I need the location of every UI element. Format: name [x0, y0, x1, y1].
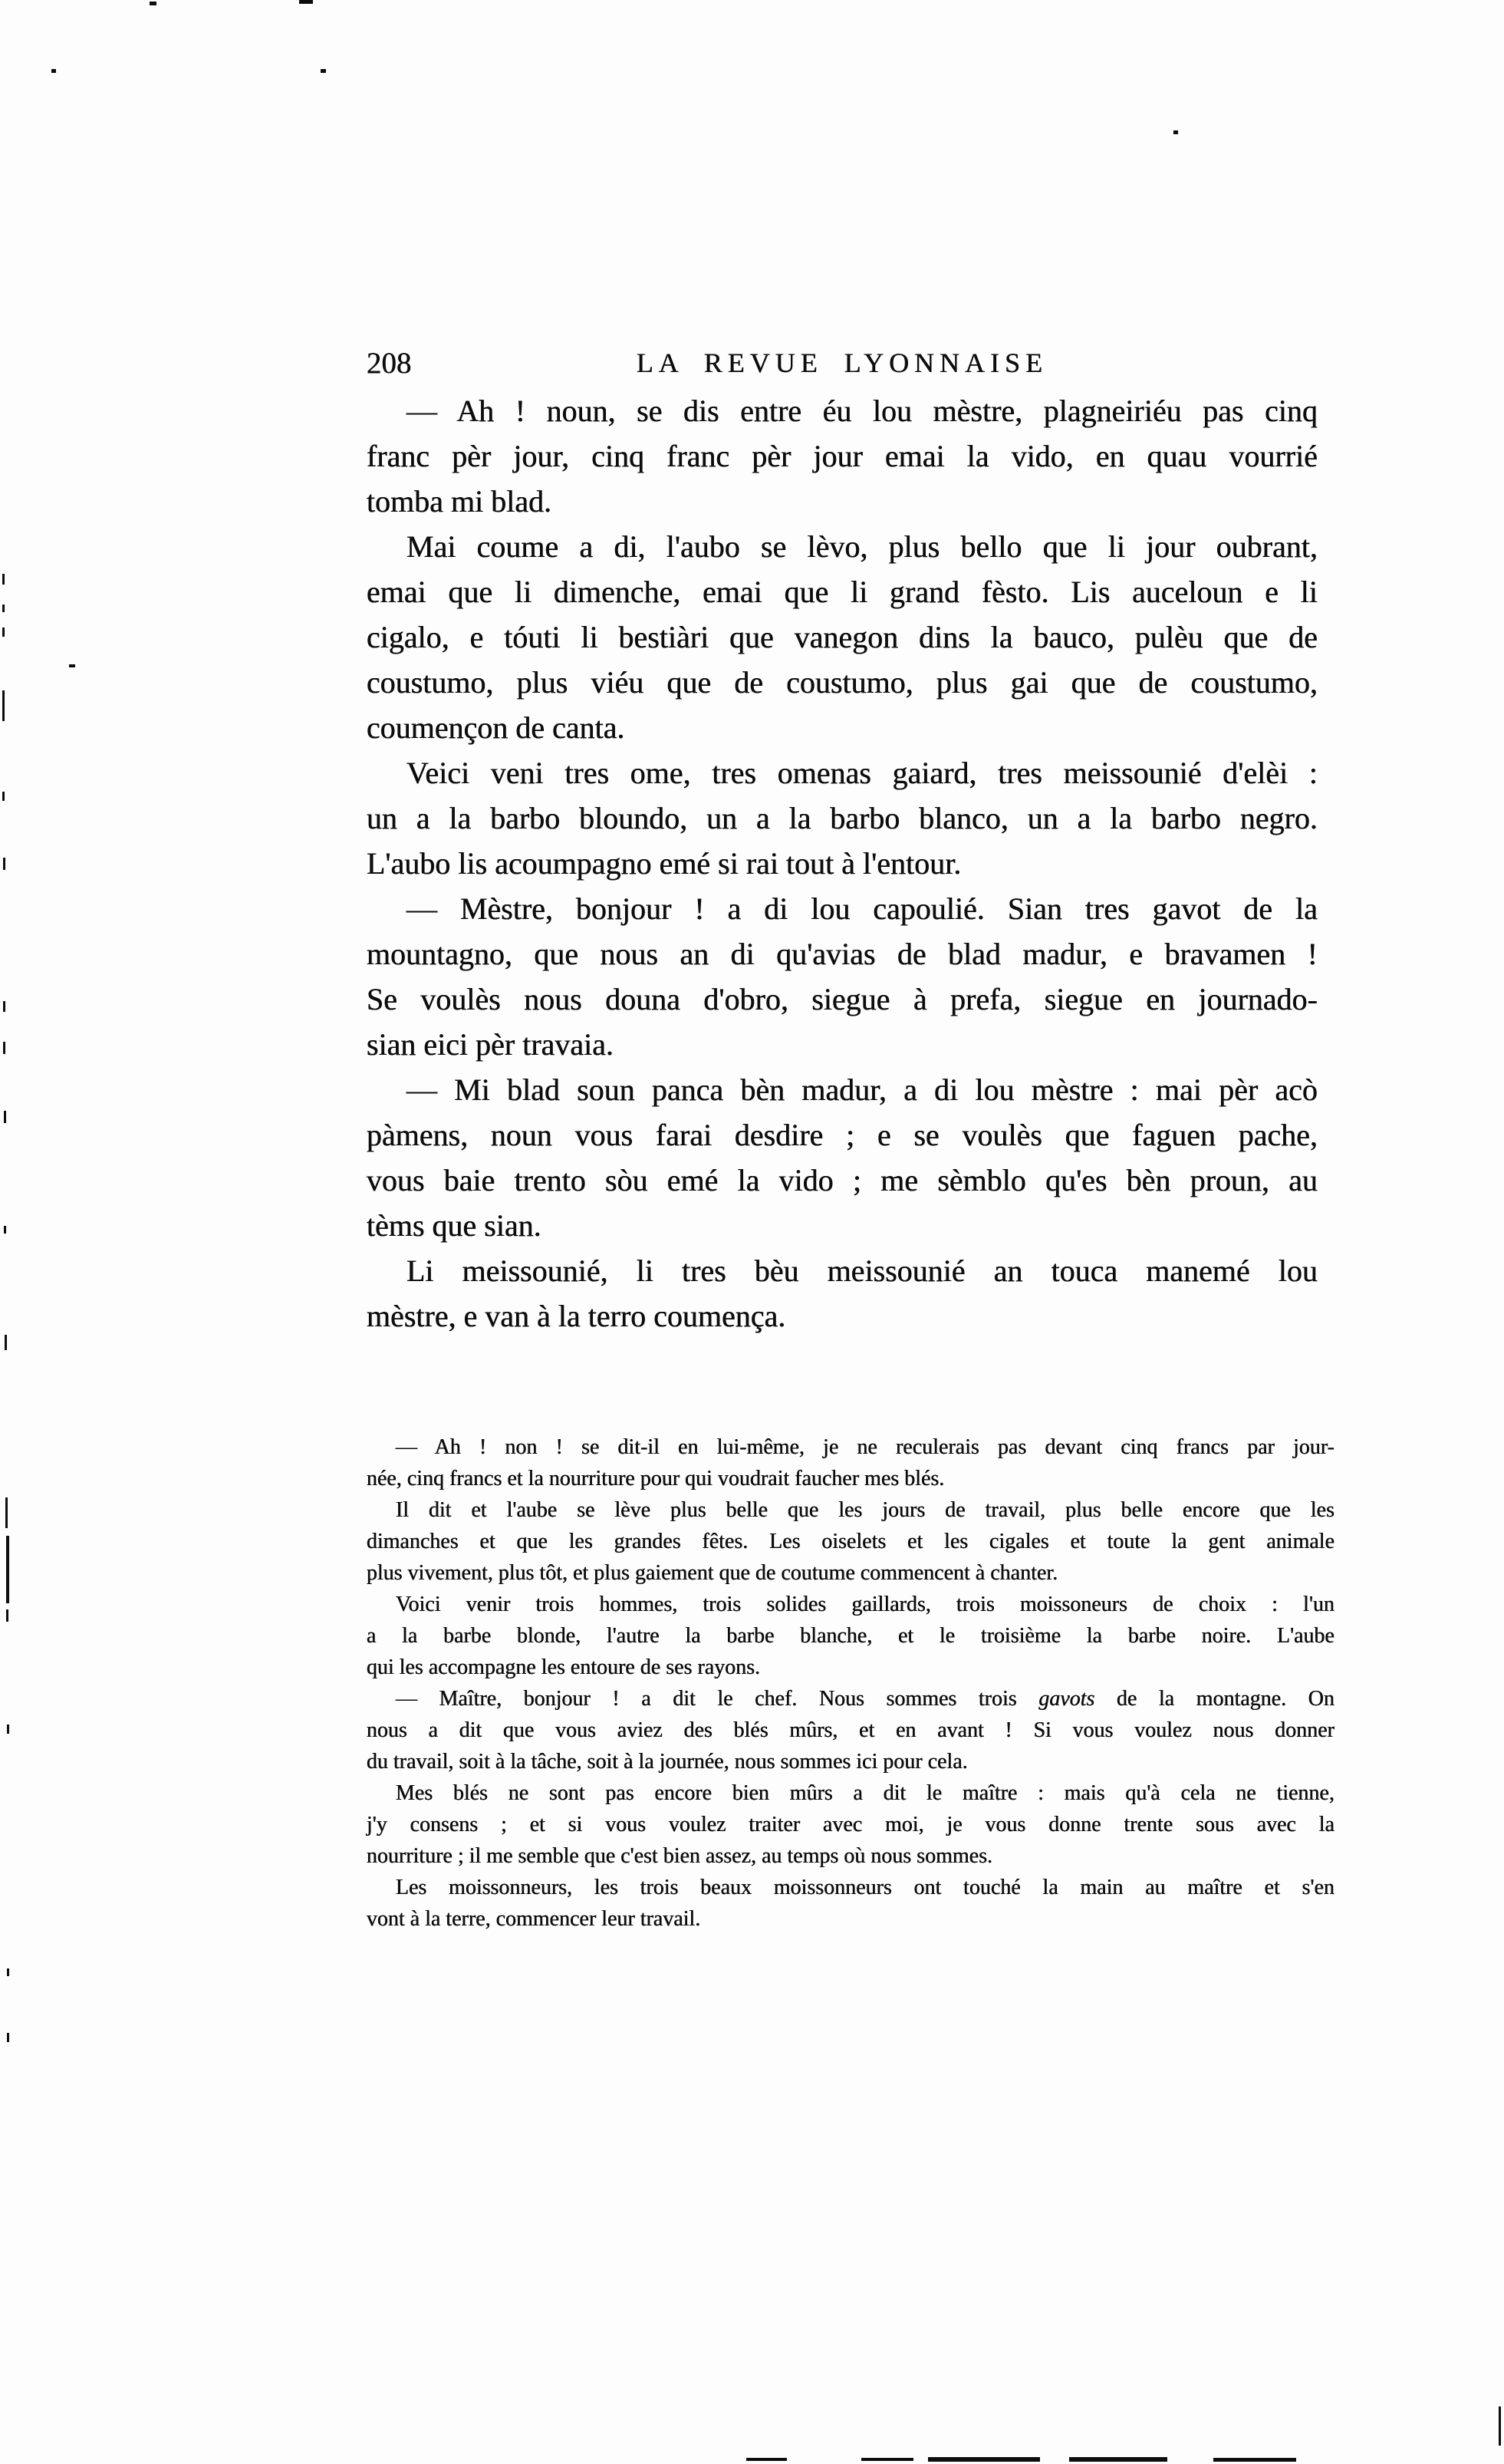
paragraph: — Maître, bonjour ! a dit le chef. Nous …: [367, 1683, 1335, 1777]
scan-artifact: [2, 574, 5, 585]
scan-artifact: [2, 792, 5, 801]
scan-artifact: [861, 2458, 913, 2461]
scan-artifact: [69, 664, 75, 667]
paragraph: Les moissonneurs, les trois beaux moisso…: [367, 1872, 1335, 1935]
scan-artifact: [7, 2033, 9, 2042]
paragraph: Voici venir trois hommes, trois solides …: [367, 1589, 1335, 1683]
text-line: Mes blés ne sont pas encore bien mûrs a …: [367, 1777, 1335, 1809]
scan-artifact: [1499, 2406, 1501, 2446]
scan-artifact: [7, 1968, 9, 1976]
scan-artifact: [6, 1609, 8, 1622]
text-line: Les moissonneurs, les trois beaux moisso…: [367, 1872, 1335, 1903]
scan-artifact: [5, 1335, 7, 1350]
scan-artifact: [1069, 2457, 1167, 2462]
text-line: — Ah ! noun, se dis entre éu lou mèstre,…: [367, 388, 1318, 433]
text-line: Il dit et l'aube se lève plus belle que …: [367, 1494, 1335, 1526]
text-line: Li meissounié, li tres bèu meissounié an…: [367, 1248, 1318, 1293]
text-line: nourriture ; il me semble que c'est bien…: [367, 1840, 1335, 1872]
paragraph: — Ah ! non ! se dit-il en lui-même, je n…: [367, 1431, 1335, 1494]
scan-artifact: [3, 1001, 5, 1012]
scan-artifact: [299, 0, 313, 4]
book-page: 208 LA REVUE LYONNAISE — Ah ! noun, se d…: [0, 0, 1504, 2464]
text-line: tèms que sian.: [367, 1203, 1318, 1248]
footnote-block: — Ah ! non ! se dit-il en lui-même, je n…: [367, 1431, 1335, 1935]
text-line: Veici veni tres ome, tres omenas gaiard,…: [367, 750, 1318, 796]
scan-artifact: [1213, 2458, 1296, 2462]
scan-artifact: [7, 1724, 9, 1734]
scan-artifact: [5, 1497, 8, 1528]
paragraph: Veici veni tres ome, tres omenas gaiard,…: [367, 750, 1318, 886]
text-line: a la barbe blonde, l'autre la barbe blan…: [367, 1620, 1335, 1652]
journal-title: LA REVUE LYONNAISE: [367, 344, 1318, 381]
text-line: dimanches et que les grandes fêtes. Les …: [367, 1526, 1335, 1557]
text-line: sian eici pèr travaia.: [367, 1022, 1318, 1067]
scan-artifact: [2, 604, 5, 612]
scan-artifact: [4, 1111, 6, 1123]
paragraph: — Mèstre, bonjour ! a di lou capoulié. S…: [367, 886, 1318, 1067]
text-line: emai que li dimenche, emai que li grand …: [367, 569, 1318, 614]
scan-artifact: [746, 2458, 787, 2461]
paragraph: Mes blés ne sont pas encore bien mûrs a …: [367, 1777, 1335, 1872]
scan-artifact: [2, 628, 5, 637]
text-line: plus vivement, plus tôt, et plus gaiemen…: [367, 1557, 1335, 1589]
paragraph: — Mi blad soun panca bèn madur, a di lou…: [367, 1067, 1318, 1248]
scan-artifact: [150, 2, 156, 5]
paragraph: Il dit et l'aube se lève plus belle que …: [367, 1494, 1335, 1589]
text-line: mèstre, e van à la terro coumença.: [367, 1293, 1318, 1339]
paragraph: — Ah ! noun, se dis entre éu lou mèstre,…: [367, 388, 1318, 524]
text-line: — Maître, bonjour ! a dit le chef. Nous …: [367, 1683, 1335, 1715]
text-line: nous a dit que vous aviez des blés mûrs,…: [367, 1715, 1335, 1746]
scan-artifact: [928, 2457, 1040, 2462]
text-line: un a la barbo bloundo, un a la barbo bla…: [367, 796, 1318, 841]
text-line: tomba mi blad.: [367, 479, 1318, 524]
paragraph: Mai coume a di, l'aubo se lèvo, plus bel…: [367, 524, 1318, 750]
text-line: — Mi blad soun panca bèn madur, a di lou…: [367, 1067, 1318, 1112]
text-line: pàmens, noun vous farai desdire ; e se v…: [367, 1112, 1318, 1158]
text-line: du travail, soit à la tâche, soit à la j…: [367, 1746, 1335, 1777]
scan-artifact: [4, 1226, 6, 1234]
paragraph: Li meissounié, li tres bèu meissounié an…: [367, 1248, 1318, 1339]
scan-artifact: [51, 69, 56, 73]
text-line: coustumo, plus viéu que de coustumo, plu…: [367, 660, 1318, 705]
text-line: coumençon de canta.: [367, 705, 1318, 750]
scan-artifact: [3, 858, 5, 870]
text-line: Mai coume a di, l'aubo se lèvo, plus bel…: [367, 524, 1318, 569]
text-line: — Ah ! non ! se dit-il en lui-même, je n…: [367, 1431, 1335, 1463]
text-line: Voici venir trois hommes, trois solides …: [367, 1589, 1335, 1620]
text-line: — Mèstre, bonjour ! a di lou capoulié. S…: [367, 886, 1318, 931]
text-line: vont à la terre, commencer leur travail.: [367, 1903, 1335, 1935]
scan-artifact: [3, 1042, 5, 1054]
text-line: née, cinq francs et la nourriture pour q…: [367, 1463, 1335, 1494]
text-line: L'aubo lis acoumpagno emé si rai tout à …: [367, 841, 1318, 886]
scan-artifact: [1173, 130, 1178, 134]
scan-artifact: [6, 1536, 9, 1603]
page-number: 208: [367, 347, 412, 380]
text-line: qui les accompagne les entoure de ses ra…: [367, 1652, 1335, 1683]
text-line: mountagno, que nous an di qu'avias de bl…: [367, 931, 1318, 977]
text-line: j'y consens ; et si vous voulez traiter …: [367, 1809, 1335, 1840]
text-line: Se voulès nous douna d'obro, siegue à pr…: [367, 977, 1318, 1022]
scan-artifact: [321, 69, 326, 73]
page-header: 208 LA REVUE LYONNAISE: [367, 344, 1318, 386]
main-text-block: — Ah ! noun, se dis entre éu lou mèstre,…: [367, 388, 1318, 1339]
text-line: vous baie trento sòu emé la vido ; me sè…: [367, 1158, 1318, 1203]
text-line: franc pèr jour, cinq franc pèr jour emai…: [367, 433, 1318, 479]
scan-artifact: [2, 690, 5, 721]
text-line: cigalo, e tóuti li bestiàri que vanegon …: [367, 614, 1318, 660]
